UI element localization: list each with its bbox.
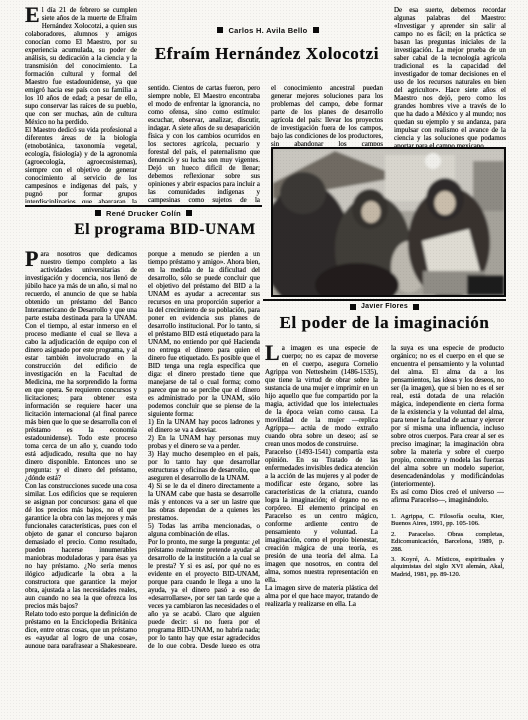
footnote-1: 1. Agrippa, C. Filosofía oculta, Kier, B… xyxy=(391,513,504,528)
byline-marker-icon xyxy=(413,304,419,310)
article1-byline-author: Carlos H. Avila Bello xyxy=(228,26,307,35)
article1-column-left: El día 21 de febrero se cumplen siete añ… xyxy=(25,6,137,203)
article2-byline: René Drucker Colín xyxy=(25,208,262,218)
article2-column2-text: porque a menudo se pierden a un tiempo p… xyxy=(148,250,260,648)
article2-byline-author: René Drucker Colín xyxy=(106,209,181,218)
article1-column-middle1: sentido. Cientos de cartas fueron, pero … xyxy=(148,84,260,204)
byline-marker-icon xyxy=(350,304,356,310)
article2-top-rule xyxy=(25,205,262,207)
article1-column-middle2-text: el conocimiento ancestral puedan generar… xyxy=(271,84,383,146)
article1-column-middle1-text: sentido. Cientos de cartas fueron, pero … xyxy=(148,84,260,204)
article3-byline-author: Javier Flores xyxy=(361,303,408,310)
newspaper-scan-page: El día 21 de febrero se cumplen siete añ… xyxy=(0,0,528,720)
article1-headline: Efraím Hernández Xolocotzi xyxy=(133,43,401,65)
article2-column1-text: ara nosotros que dedicamos nuestro tiemp… xyxy=(25,250,137,648)
article1-byline: Carlos H. Avila Bello xyxy=(148,25,388,35)
article3-column1: La imagen es una especie de cuerpo; no e… xyxy=(265,344,378,647)
footnote-2: 2. Paracelso. Obras completas, Edicomuni… xyxy=(391,531,504,553)
article3-dropcap: L xyxy=(265,344,282,362)
byline-marker-icon xyxy=(186,210,192,216)
article3-top-rule xyxy=(263,299,506,301)
footnote-3: 3. Koyré, A. Místicos, espirituales y al… xyxy=(391,556,504,578)
byline-marker-icon xyxy=(313,27,319,33)
article3-column2-text: la suya es una especie de producto orgán… xyxy=(391,344,504,504)
footnotes-gap xyxy=(391,504,504,510)
article2-dropcap: P xyxy=(25,250,40,268)
article3-headline: El poder de la imaginación xyxy=(263,312,506,334)
article3-column1-text: a imagen es una especie de cuerpo; no es… xyxy=(265,344,378,608)
photo-women-image xyxy=(273,149,504,295)
article2-column1: Para nosotros que dedicamos nuestro tiem… xyxy=(25,250,137,648)
article1-column-right-text: De esa suerte, debemos recordar algunas … xyxy=(394,6,506,147)
byline-marker-icon xyxy=(95,210,101,216)
article1-column-middle2: el conocimiento ancestral puedan generar… xyxy=(271,84,383,146)
article1-column-left-text: l día 21 de febrero se cumplen siete año… xyxy=(25,6,137,203)
article2-column2: porque a menudo se pierden a un tiempo p… xyxy=(148,250,260,648)
byline-marker-icon xyxy=(217,27,223,33)
article3-byline: Javier Flores xyxy=(263,302,506,311)
article1-column-right: De esa suerte, debemos recordar algunas … xyxy=(394,6,506,147)
photo-women-in-rebozos xyxy=(271,147,506,297)
article1-dropcap: E xyxy=(25,6,42,24)
article3-column2: la suya es una especie de producto orgán… xyxy=(391,344,504,647)
article2-headline: El programa BID-UNAM xyxy=(25,220,305,240)
